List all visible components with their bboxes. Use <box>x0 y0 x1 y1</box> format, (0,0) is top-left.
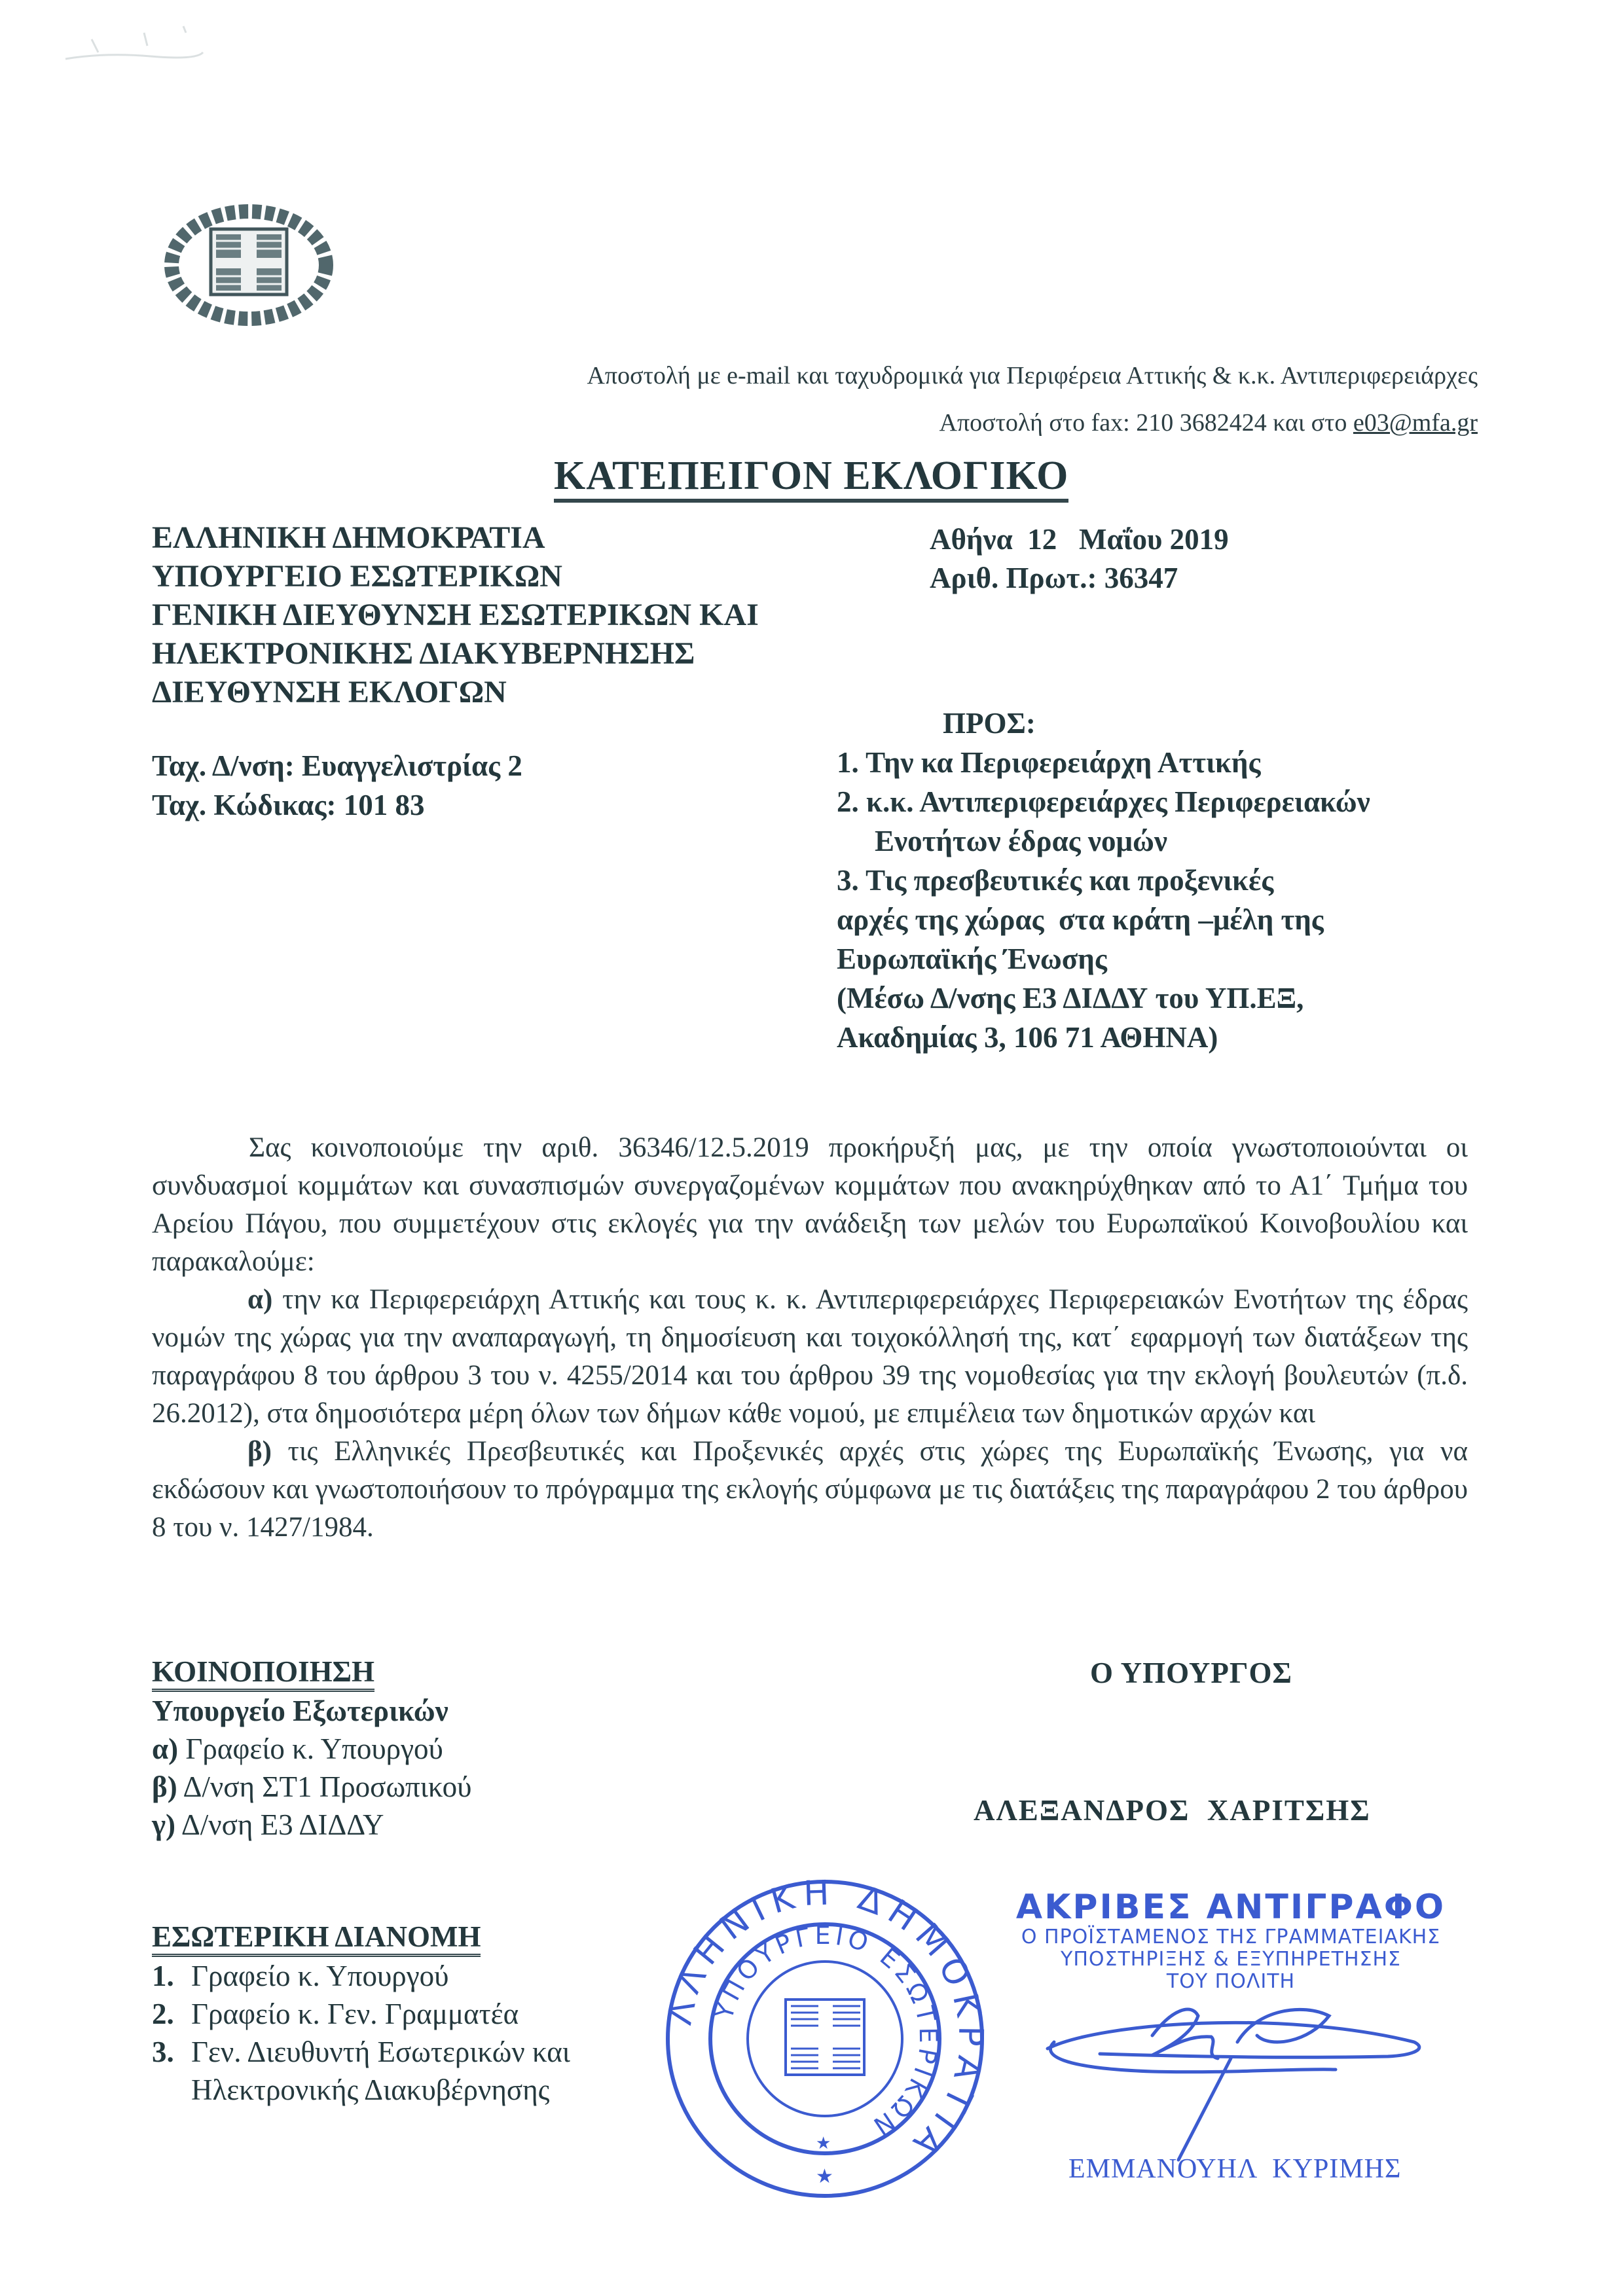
recipient-line: (Μέσω Δ/νσης Ε3 ΔΙΔΔΥ του ΥΠ.ΕΞ, <box>837 978 1370 1018</box>
distribution-text: Γραφείο κ. Γεν. Γραμματέα <box>191 1998 519 2030</box>
recipients-title: ΠΡΟΣ: <box>837 704 1370 743</box>
item-text: την κα Περιφερειάρχη Αττικής και τους κ.… <box>152 1284 1468 1429</box>
cc-organization: Υπουργείο Εξωτερικών <box>152 1692 471 1730</box>
sender-line: ΗΛΕΚΤΡΟΝΙΚΗΣ ΔΙΑΚΥΒΕΡΝΗΣΗΣ <box>152 634 759 673</box>
recipient-line: 1. Την κα Περιφερειάρχη Αττικής <box>837 743 1370 782</box>
certified-copy-line: ΥΠΟΣΤΗΡΙΞΗΣ & ΕΞΥΠΗΡΕΤΗΣΗΣ <box>1002 1948 1460 1971</box>
cc-text: Δ/νση Ε3 ΔΙΔΔΥ <box>175 1808 384 1841</box>
certified-copy-title: ΑΚΡΙΒΕΣ ΑΝΤΙΓΡΑΦΟ <box>1002 1888 1460 1926</box>
svg-text:★: ★ <box>816 2165 833 2188</box>
distribution-item: 1.Γραφείο κ. Υπουργού <box>152 1957 570 1995</box>
postal-address: Ταχ. Δ/νση: Ευαγγελιστρίας 2 <box>152 746 522 785</box>
certified-copy-line: ΤΟΥ ΠΟΛΙΤΗ <box>1002 1971 1460 1993</box>
recipient-line: 3. Τις πρεσβευτικές και προξενικές <box>837 861 1370 900</box>
body-intro: Σας κοινοποιούμε την αριθ. 36346/12.5.20… <box>152 1129 1468 1281</box>
item-marker: α) <box>247 1284 272 1315</box>
sender-line: ΔΙΕΥΘΥΝΣΗ ΕΚΛΟΓΩΝ <box>152 673 759 711</box>
sender-line: ΓΕΝΙΚΗ ΔΙΕΥΘΥΝΣΗ ΕΣΩΤΕΡΙΚΩΝ ΚΑΙ <box>152 596 759 634</box>
minister-name: ΑΛΕΞΑΝΔΡΟΣ ΧΑΡΙΤΣΗΣ <box>974 1793 1371 1827</box>
recipients: ΠΡΟΣ: 1. Την κα Περιφερειάρχη Αττικής 2.… <box>837 704 1370 1057</box>
distribution-title: ΕΣΩΤΕΡΙΚΗ ΔΙΑΝΟΜΗ <box>152 1920 481 1957</box>
cc-item: α) Γραφείο κ. Υπουργού <box>152 1730 471 1768</box>
svg-text:★: ★ <box>816 2134 831 2153</box>
greek-coat-of-arms-icon <box>164 203 334 327</box>
recipient-line: Ευρωπαϊκής Ένωσης <box>837 939 1370 978</box>
sender-address: Ταχ. Δ/νση: Ευαγγελιστρίας 2 Ταχ. Κώδικα… <box>152 746 522 825</box>
distribution-number: 3. <box>152 2033 191 2071</box>
cc-text: Δ/νση ΣΤ1 Προσωπικού <box>177 1770 472 1803</box>
cc-marker: β) <box>152 1770 177 1803</box>
item-marker: β) <box>247 1436 272 1467</box>
certified-copy-line: Ο ΠΡΟΪΣΤΑΜΕΝΟΣ ΤΗΣ ΓΡΑΜΜΑΤΕΙΑΚΗΣ <box>1002 1926 1460 1948</box>
urgent-title: ΚΑΤΕΠΕΙΓΟΝ ΕΚΛΟΓΙΚΟ <box>554 453 1068 503</box>
cc-section: ΚΟΙΝΟΠΟΙΗΣΗ Υπουργείο Εξωτερικών α) Γραφ… <box>152 1653 471 1844</box>
cc-text: Γραφείο κ. Υπουργού <box>178 1732 443 1765</box>
certified-copy-stamp: ΑΚΡΙΒΕΣ ΑΝΤΙΓΡΑΦΟ Ο ΠΡΟΪΣΤΑΜΕΝΟΣ ΤΗΣ ΓΡΑ… <box>1002 1888 1460 1993</box>
recipient-line: αρχές της χώρας στα κράτη –μέλη της <box>837 900 1370 939</box>
body-item-b: β) τις Ελληνικές Πρεσβευτικές και Προξεν… <box>152 1433 1468 1547</box>
cc-title: ΚΟΙΝΟΠΟΙΗΣΗ <box>152 1655 374 1692</box>
distribution-text: Γραφείο κ. Υπουργού <box>191 1960 448 1992</box>
distribution-item: 3.Γεν. Διευθυντή Εσωτερικών και <box>152 2033 570 2071</box>
minister-title: Ο ΥΠΟΥΡΓΟΣ <box>1090 1656 1292 1690</box>
scan-artifact <box>52 13 210 85</box>
recipient-line: Ενοτήτων έδρας νομών <box>837 821 1370 861</box>
document-date: Αθήνα 12 Μαΐου 2019 <box>930 520 1229 559</box>
delivery-note: Αποστολή με e-mail και ταχυδρομικά για Π… <box>587 359 1478 393</box>
document-meta: Αθήνα 12 Μαΐου 2019 Αριθ. Πρωτ.: 36347 <box>930 520 1229 598</box>
distribution-text: Γεν. Διευθυντή Εσωτερικών και <box>191 2036 570 2068</box>
sender-line: ΥΠΟΥΡΓΕΙΟ ΕΣΩΤΕΡΙΚΩΝ <box>152 557 759 596</box>
postal-code: Ταχ. Κώδικας: 101 83 <box>152 785 522 825</box>
fax-note: Αποστολή στο fax: 210 3682424 και στο e0… <box>939 406 1478 440</box>
letter-body: Σας κοινοποιούμε την αριθ. 36346/12.5.20… <box>152 1129 1468 1547</box>
ministry-seal-icon: ΕΛΛΗΝΙΚΗ ΔΗΜΟΚΡΑΤΙΑ ΥΠΟΥΡΓΕΙΟ ΕΣΩΤΕΡΙΚΩΝ… <box>661 1875 989 2202</box>
handwritten-signature-icon <box>1021 1996 1447 2166</box>
recipient-line: 2. κ.κ. Αντιπεριφερειάρχες Περιφερειακών <box>837 782 1370 821</box>
item-text: τις Ελληνικές Πρεσβευτικές και Προξενικέ… <box>152 1436 1468 1543</box>
recipient-line: Ακαδημίας 3, 106 71 ΑΘΗΝΑ) <box>837 1018 1370 1057</box>
cc-item: β) Δ/νση ΣΤ1 Προσωπικού <box>152 1768 471 1806</box>
cc-marker: α) <box>152 1732 178 1765</box>
cc-item: γ) Δ/νση Ε3 ΔΙΔΔΥ <box>152 1806 471 1844</box>
body-item-a: α) την κα Περιφερειάρχη Αττικής και τους… <box>152 1281 1468 1433</box>
distribution-item-continuation: Ηλεκτρονικής Διακυβέρνησης <box>152 2071 570 2109</box>
internal-distribution: ΕΣΩΤΕΡΙΚΗ ΔΙΑΝΟΜΗ 1.Γραφείο κ. Υπουργού … <box>152 1918 570 2109</box>
fax-note-text: Αποστολή στο fax: 210 3682424 και στο <box>939 409 1353 437</box>
distribution-item: 2.Γραφείο κ. Γεν. Γραμματέα <box>152 1995 570 2033</box>
protocol-number: Αριθ. Πρωτ.: 36347 <box>930 559 1229 598</box>
sender-line: ΕΛΛΗΝΙΚΗ ΔΗΜΟΚΡΑΤΙΑ <box>152 518 759 557</box>
certifier-name: ΕΜΜΑΝΟΥΗΛ ΚΥΡΙΜΗΣ <box>1068 2153 1401 2185</box>
distribution-number: 1. <box>152 1957 191 1995</box>
email-link[interactable]: e03@mfa.gr <box>1353 409 1478 437</box>
sender-organization: ΕΛΛΗΝΙΚΗ ΔΗΜΟΚΡΑΤΙΑ ΥΠΟΥΡΓΕΙΟ ΕΣΩΤΕΡΙΚΩΝ… <box>152 518 759 711</box>
distribution-number: 2. <box>152 1995 191 2033</box>
cc-marker: γ) <box>152 1808 175 1841</box>
